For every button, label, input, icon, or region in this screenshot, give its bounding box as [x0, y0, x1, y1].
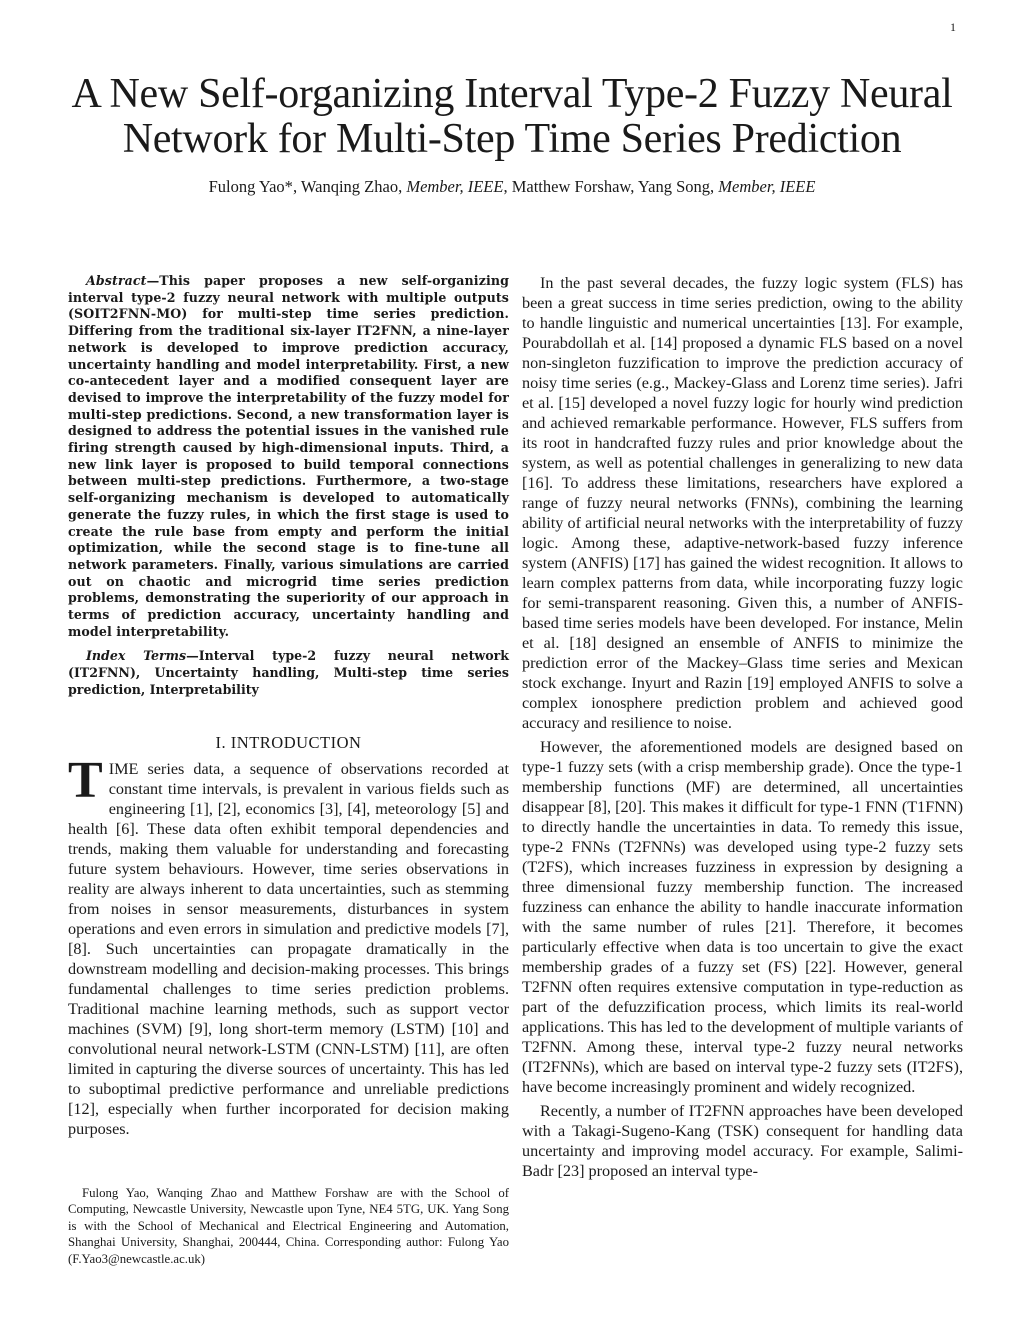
affiliation-footnote: Fulong Yao, Wanqing Zhao and Matthew For… [68, 1185, 509, 1267]
author-name: Wanqing Zhao [301, 177, 398, 196]
author-name: Fulong Yao* [209, 177, 293, 196]
paper-title: A New Self-organizing Interval Type-2 Fu… [40, 72, 984, 162]
abstract-label: Abstract [86, 273, 147, 288]
page-number: 1 [950, 20, 956, 35]
intro-paragraph: TIME series data, a sequence of observat… [68, 759, 509, 1139]
abstract-text: —This paper proposes a new self-organizi… [68, 273, 509, 639]
drop-cap: T [68, 761, 103, 801]
author-name: Yang Song [638, 177, 710, 196]
author-role: Member, IEEE [406, 177, 503, 196]
right-column: In the past several decades, the fuzzy l… [522, 273, 963, 1185]
left-column: Abstract—This paper proposes a new self-… [68, 273, 509, 1139]
section-heading-introduction: I. INTRODUCTION [68, 733, 509, 753]
index-terms: Index Terms—Interval type-2 fuzzy neural… [68, 648, 509, 698]
author-list: Fulong Yao*, Wanqing Zhao, Member, IEEE,… [40, 177, 984, 197]
abstract: Abstract—This paper proposes a new self-… [68, 273, 509, 640]
index-terms-label: Index Terms [86, 648, 186, 663]
body-paragraph: Recently, a number of IT2FNN approaches … [522, 1101, 963, 1181]
author-name: Matthew Forshaw [512, 177, 631, 196]
body-paragraph: In the past several decades, the fuzzy l… [522, 273, 963, 733]
body-paragraph: However, the aforementioned models are d… [522, 737, 963, 1097]
author-role: Member, IEEE [718, 177, 815, 196]
intro-paragraph-text: IME series data, a sequence of observati… [68, 760, 509, 1138]
